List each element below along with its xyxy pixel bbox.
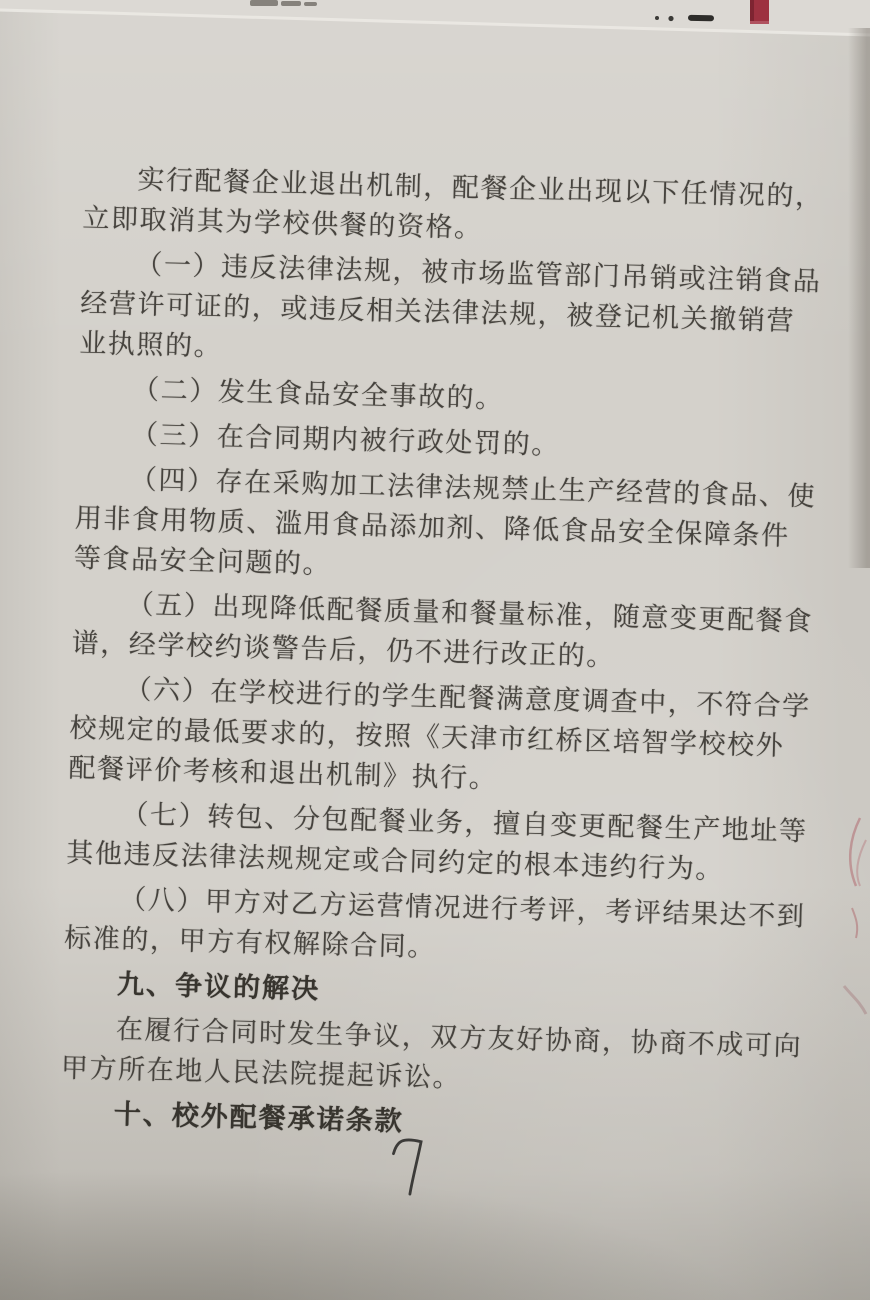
clause-item-4: （四）存在采购加工法律法规禁止生产经营的食品、使用非食用物质、滥用食品添加剂、降… — [73, 458, 818, 597]
contract-text: 实行配餐企业退出机制，配餐企业出现以下任情况的，立即取消其为学校供餐的资格。 （… — [59, 158, 826, 1156]
upper-surface — [0, 0, 870, 34]
ink-smudge — [250, 0, 317, 6]
document-photo: 实行配餐企业退出机制，配餐企业出现以下任情况的，立即取消其为学校供餐的资格。 （… — [0, 0, 870, 1300]
clause-item-5: （五）出现降低配餐质量和餐量标准，随意变更配餐食谱，经学校约谈警告后，仍不进行改… — [71, 583, 815, 682]
clause-item-7: （七）转包、分包配餐业务，擅自变更配餐生产地址等其他违反法律法规规定或合同约定的… — [66, 793, 810, 892]
clause-intro: 实行配餐企业退出机制，配餐企业出现以下任情况的，立即取消其为学校供餐的资格。 — [82, 158, 826, 257]
handwritten-page-number: 7 — [387, 1132, 439, 1204]
red-pen-marks — [830, 800, 870, 1030]
red-tab — [750, 0, 769, 24]
right-background-edge — [848, 28, 870, 568]
paper-edge-highlight — [0, 10, 870, 35]
dash-mark — [655, 15, 714, 21]
clause-item-1: （一）违反法律法规，被市场监管部门吊销或注销食品经营许可证的，或违反相关法律法规… — [79, 243, 824, 382]
paper-top-edge — [0, 0, 870, 120]
clause-item-8: （八）甲方对乙方运营情况进行考评，考评结果达不到标准的，甲方有权解除合同。 — [64, 878, 808, 977]
clause-item-6: （六）在学校进行的学生配餐满意度调查中，不符合学校规定的最低要求的，按照《天津市… — [68, 668, 813, 807]
handwritten-seven-glyph — [387, 1132, 439, 1204]
dispute-resolution: 在履行合同时发生争议，双方友好协商，协商不成可向甲方所在地人民法院提起诉讼。 — [60, 1008, 804, 1107]
